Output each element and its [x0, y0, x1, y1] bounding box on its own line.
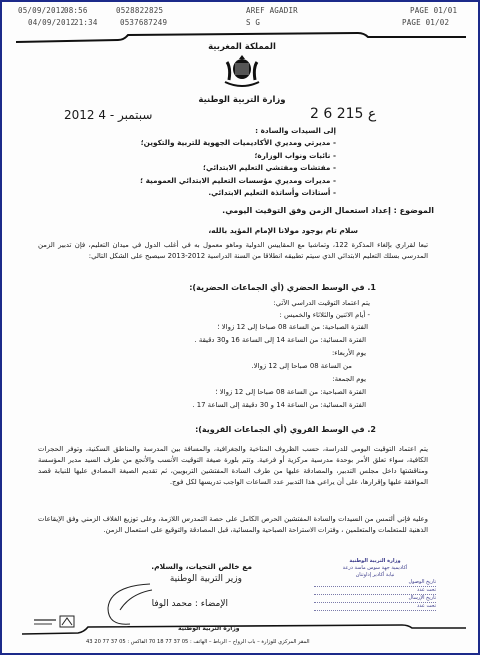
wednesday-time: من الساعة 08 صباحا إلى 12 زوالا.	[251, 362, 352, 370]
addressee-item: - أستاذات وأساتذة التعليم الابتدائي.	[56, 187, 336, 199]
wednesday-label: يوم الأربعاء:	[332, 349, 366, 357]
friday-morning: الفترة الصباحية: من الساعة 08 صباحا إلى …	[215, 388, 366, 396]
coat-of-arms-icon	[221, 54, 263, 88]
addressees-heading: إلى السيدات والسادة :	[56, 125, 336, 137]
salutation: سلام تام بوجود مولانا الإمام المؤيد بالل…	[58, 226, 358, 235]
fax-number-1: 0528822825	[116, 6, 163, 15]
stamp-line: أكاديمية جهة سوس ماسة درعة	[314, 565, 436, 572]
footer-address: المقر المركزي للوزارة – باب الرواح – الر…	[86, 639, 310, 645]
fax-sender-2: S G	[246, 18, 260, 27]
kingdom-name: المملكة المغربية	[194, 42, 290, 52]
stamp-line: نيابة أكادير إداوتنان	[314, 572, 436, 579]
fax-time-2: 21:34	[74, 18, 98, 27]
stamp-line: وزارة التربية الوطنية	[314, 558, 436, 565]
letter-date: 2012 سبتمبر - 4	[64, 108, 152, 122]
intro-paragraph: تبعا لقراري بإلغاء المذكرة 122، وتماشيا …	[38, 240, 428, 262]
fax-number-2: 0537687249	[120, 18, 167, 27]
friday-label: يوم الجمعة:	[332, 375, 366, 383]
section-2-body: يتم اعتماد التوقيت اليومي للدراسة، حسب ا…	[38, 444, 428, 488]
fax-time-1: 08:56	[64, 6, 88, 15]
footer-ministry: وزارة التربية الوطنية	[178, 625, 240, 632]
fax-sender-1: AREF AGADIR	[246, 6, 298, 15]
letter-number: 2 ع 215 6	[310, 106, 376, 122]
section-1-lead: يتم اعتماد التوقيت الدراسي الآتي:	[273, 299, 370, 307]
closing-paragraph: وعليه فإني ألتمس من السيدات والسادة المف…	[38, 514, 428, 536]
section-2-title: 2. في الوسط القروي (أي الجماعات القروية)…	[195, 425, 376, 434]
stamp-field: تحت عدد	[314, 603, 436, 611]
subject-line: الموضوع : إعداد استعمال الزمن وفق التوقي…	[54, 206, 434, 215]
fax-date-2: 04/09/2012	[28, 18, 75, 27]
signature-scribble	[100, 580, 158, 628]
addressees: إلى السيدات والسادة : - مديرتي ومديري ال…	[56, 125, 336, 199]
minister-title: وزير التربية الوطنية	[170, 574, 242, 584]
letterhead: المملكة المغربية وزارة التربية الوطنية	[194, 42, 290, 105]
ministry-name: وزارة التربية الوطنية	[194, 95, 290, 105]
stamp-field: تاريخ الإرسال	[314, 595, 436, 603]
addressee-item: - نائبات ونواب الوزارة؛	[56, 150, 336, 162]
friday-evening: الفترة المسائية: من الساعة 14 و 30 دقيقة…	[192, 401, 366, 409]
fax-page-1: PAGE 01/01	[410, 6, 457, 15]
stamp-field: تحت عدد	[314, 587, 436, 595]
fax-document: 05/09/2012 08:56 0528822825 AREF AGADIR …	[0, 0, 480, 655]
fax-date-1: 05/09/2012	[18, 6, 65, 15]
addressee-item: - مديرات ومديري مؤسسات التعليم الابتدائي…	[56, 175, 336, 187]
addressee-item: - مفتشات ومفتشي التعليم الابتدائي؛	[56, 162, 336, 174]
reception-stamp: وزارة التربية الوطنية أكاديمية جهة سوس م…	[314, 558, 436, 611]
footer-rule	[22, 622, 466, 636]
minister-signature: الإمضاء : محمد الوفا	[152, 599, 228, 609]
stamp-field: تاريخ الوصول	[314, 579, 436, 587]
addressee-item: - مديرتي ومديري الأكاديميات الجهوية للتر…	[56, 137, 336, 149]
section-1-title: 1. في الوسط الحضري (أي الجماعات الحضرية)…	[189, 283, 376, 292]
section-1-evening: الفترة المسائية: من الساعة 14 إلى الساعة…	[195, 336, 367, 344]
closing-greeting: مع خالص التحيات، والسلام.	[151, 562, 252, 571]
section-1-days: - أيام الاثنين والثلاثاء والخميس :	[279, 311, 370, 319]
fax-page-2: PAGE 01/02	[402, 18, 449, 27]
section-1-morning: الفترة الصباحية: من الساعة 08 صباحا إلى …	[217, 323, 368, 331]
